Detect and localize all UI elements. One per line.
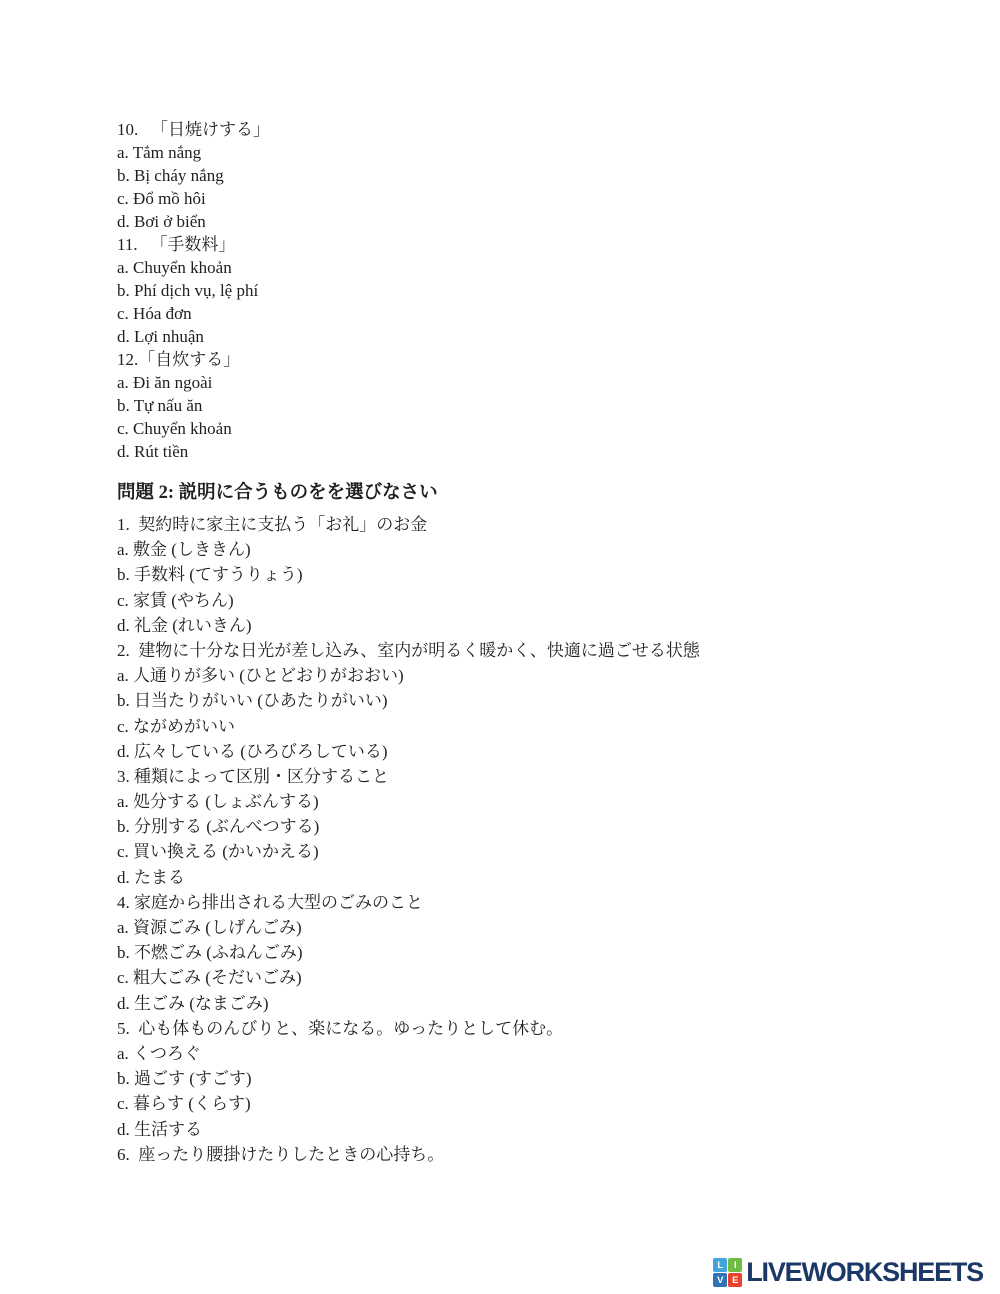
text-line: b. Phí dịch vụ, lệ phí bbox=[117, 279, 960, 302]
text-line: c. ながめがいい bbox=[117, 714, 960, 739]
text-line: 2. 建物に十分な日光が差し込み、室内が明るく暖かく、快適に過ごせる状態 bbox=[117, 638, 960, 663]
text-line: 5. 心も体ものんびりと、楽になる。ゆったりとして休む。 bbox=[117, 1016, 960, 1041]
text-line: b. 不燃ごみ (ふねんごみ) bbox=[117, 940, 960, 965]
text-line: b. 手数料 (てすうりょう) bbox=[117, 562, 960, 587]
logo-square-i: I bbox=[728, 1258, 742, 1272]
text-line: d. たまる bbox=[117, 865, 960, 890]
text-line: d. Rút tiền bbox=[117, 440, 960, 463]
text-line: b. 日当たりがいい (ひあたりがいい) bbox=[117, 688, 960, 713]
text-line: a. 処分する (しょぶんする) bbox=[117, 789, 960, 814]
text-line: a. Chuyển khoản bbox=[117, 256, 960, 279]
logo-square-v: V bbox=[713, 1273, 727, 1287]
text-line: b. 過ごす (すごす) bbox=[117, 1066, 960, 1091]
text-line: a. 資源ごみ (しげんごみ) bbox=[117, 915, 960, 940]
text-line: 12.「自炊する」 bbox=[117, 348, 960, 371]
text-line: c. 家賃 (やちん) bbox=[117, 588, 960, 613]
text-line: a. 敷金 (しききん) bbox=[117, 537, 960, 562]
liveworksheets-logo-icon: L I V E bbox=[713, 1258, 742, 1287]
text-line: c. Chuyển khoản bbox=[117, 417, 960, 440]
text-line: b. Bị cháy nắng bbox=[117, 164, 960, 187]
text-line: c. 粗大ごみ (そだいごみ) bbox=[117, 965, 960, 990]
text-line: 3. 種類によって区別・区分すること bbox=[117, 764, 960, 789]
section-1-questions: 10. 「日焼けする」a. Tắm nắngb. Bị cháy nắngc. … bbox=[117, 118, 960, 463]
text-line: 4. 家庭から排出される大型のごみのこと bbox=[117, 890, 960, 915]
text-line: d. 生ごみ (なまごみ) bbox=[117, 991, 960, 1016]
brand-logo-text: LIVEWORKSHEETS bbox=[746, 1257, 983, 1288]
text-line: 1. 契約時に家主に支払う「お礼」のお金 bbox=[117, 512, 960, 537]
text-line: 11. 「手数料」 bbox=[117, 233, 960, 256]
text-line: 10. 「日焼けする」 bbox=[117, 118, 960, 141]
text-line: b. 分別する (ぶんべつする) bbox=[117, 814, 960, 839]
logo-square-l: L bbox=[713, 1258, 727, 1272]
section-gap bbox=[117, 463, 960, 478]
logo-square-e: E bbox=[728, 1273, 742, 1287]
section-2-questions: 1. 契約時に家主に支払う「お礼」のお金a. 敷金 (しききん)b. 手数料 (… bbox=[117, 512, 960, 1167]
text-line: a. くつろぐ bbox=[117, 1041, 960, 1066]
text-line: a. Tắm nắng bbox=[117, 141, 960, 164]
text-line: c. 買い換える (かいかえる) bbox=[117, 839, 960, 864]
text-line: b. Tự nấu ăn bbox=[117, 394, 960, 417]
text-line: c. Hóa đơn bbox=[117, 302, 960, 325]
text-line: c. Đổ mồ hôi bbox=[117, 187, 960, 210]
text-line: 6. 座ったり腰掛けたりしたときの心持ち。 bbox=[117, 1142, 960, 1167]
text-line: d. 生活する bbox=[117, 1117, 960, 1142]
text-line: a. 人通りが多い (ひとどおりがおおい) bbox=[117, 663, 960, 688]
text-line: a. Đi ăn ngoài bbox=[117, 371, 960, 394]
text-line: c. 暮らす (くらす) bbox=[117, 1091, 960, 1116]
text-line: d. Bơi ở biển bbox=[117, 210, 960, 233]
worksheet-page: 10. 「日焼けする」a. Tắm nắngb. Bị cháy nắngc. … bbox=[0, 0, 1000, 1294]
liveworksheets-footer: L I V E LIVEWORKSHEETS bbox=[713, 1257, 983, 1288]
text-line: d. 礼金 (れいきん) bbox=[117, 613, 960, 638]
worksheet-body: 10. 「日焼けする」a. Tắm nắngb. Bị cháy nắngc. … bbox=[117, 118, 960, 1167]
section-2-heading: 問題 2: 説明に合うものをを選びなさい bbox=[117, 478, 960, 512]
text-line: d. Lợi nhuận bbox=[117, 325, 960, 348]
text-line: d. 広々している (ひろびろしている) bbox=[117, 739, 960, 764]
